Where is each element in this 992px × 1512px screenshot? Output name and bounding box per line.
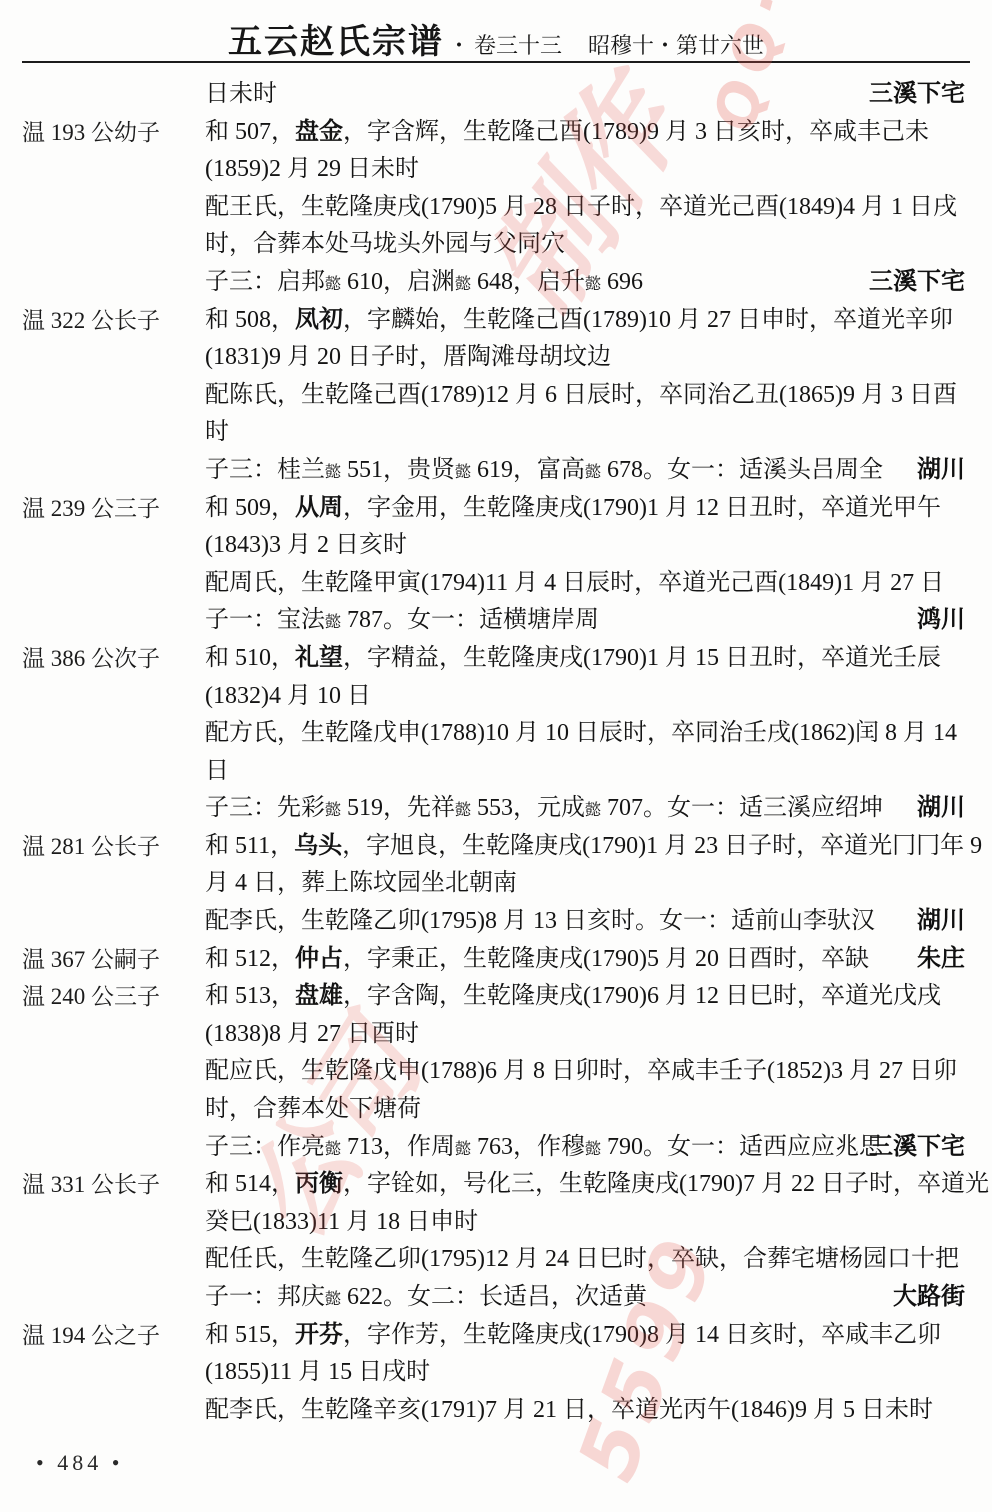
- entry-text: 配方氏，生乾隆戊申(1788)10 月 10 日辰时，卒同治壬戌(1862)闰 …: [205, 720, 957, 746]
- genealogy-line: 温 322 公长子和 508，凤初，字麟始，生乾隆己酉(1789)10 月 27…: [22, 302, 965, 340]
- father-ref-label: 温 193 公幼子: [22, 114, 160, 152]
- residence-label: 朱庄: [917, 941, 965, 979]
- genealogy-line: (1838)8 月 27 日酉时: [22, 1016, 965, 1054]
- father-ref-label: 温 367 公嗣子: [22, 941, 160, 979]
- genealogy-line: 配王氏，生乾隆庚戌(1790)5 月 28 日子时，卒道光己酉(1849)4 月…: [22, 189, 965, 227]
- entry-text: 子三：启邦懿 610，启渊懿 648，启升懿 696: [205, 269, 643, 295]
- residence-label: 三溪下宅: [869, 76, 965, 114]
- volume-title: 卷三十三: [474, 33, 562, 58]
- father-ref-label: 温 331 公长子: [22, 1166, 160, 1204]
- entry-text: 子三：桂兰懿 551，贵贤懿 619，富高懿 678。女一：适溪头吕周全: [205, 457, 883, 483]
- father-ref-label: 温 194 公之子: [22, 1317, 160, 1355]
- entry-text: 配应氏，生乾隆戊申(1788)6 月 8 日卯时，卒咸丰壬子(1852)3 月 …: [205, 1058, 957, 1084]
- genealogy-line: 配任氏，生乾隆乙卯(1795)12 月 24 日巳时，卒缺，合葬宅塘杨园口十把: [22, 1241, 965, 1279]
- genealogy-line: 子一：宝法懿 787。女一：适横塘岸周鸿川: [22, 602, 965, 640]
- father-ref-label: 温 322 公长子: [22, 302, 160, 340]
- entry-text: 配王氏，生乾隆庚戌(1790)5 月 28 日子时，卒道光己酉(1849)4 月…: [205, 194, 957, 220]
- entry-text: 时，合葬本处下塘荷: [205, 1096, 421, 1122]
- entry-text: 子一：宝法懿 787。女一：适横塘岸周: [205, 607, 599, 633]
- entry-text: 配李氏，生乾隆乙卯(1795)8 月 13 日亥时。女一：适前山李驮汉: [205, 908, 875, 934]
- entry-text: 癸巳(1833)11 月 18 日申时: [205, 1209, 478, 1235]
- residence-label: 大路街: [893, 1279, 965, 1317]
- genealogy-line: 温 193 公幼子和 507，盘金，字含辉，生乾隆己酉(1789)9 月 3 日…: [22, 114, 965, 152]
- genealogy-line: 癸巳(1833)11 月 18 日申时: [22, 1204, 965, 1242]
- book-title: 五云赵氏宗谱: [228, 24, 444, 61]
- genealogy-line: 子三：启邦懿 610，启渊懿 648，启升懿 696三溪下宅: [22, 264, 965, 302]
- genealogy-line: 日未时三溪下宅: [22, 76, 965, 114]
- entry-text: 时，合葬本处马垅头外园与父同穴: [205, 231, 565, 257]
- entry-text: 配周氏，生乾隆甲寅(1794)11 月 4 日辰时，卒道光己酉(1849)1 月…: [205, 570, 944, 596]
- entry-text: 和 515，开芬，字作芳，生乾隆庚戌(1790)8 月 14 日亥时，卒咸丰乙卯: [205, 1322, 941, 1348]
- genealogy-line: (1859)2 月 29 日未时: [22, 151, 965, 189]
- entry-text: 时: [205, 419, 229, 445]
- entry-text: 配任氏，生乾隆乙卯(1795)12 月 24 日巳时，卒缺，合葬宅塘杨园口十把: [205, 1246, 959, 1272]
- genealogy-line: 配陈氏，生乾隆己酉(1789)12 月 6 日辰时，卒同治乙丑(1865)9 月…: [22, 377, 965, 415]
- genealogy-line: 温 194 公之子和 515，开芬，字作芳，生乾隆庚戌(1790)8 月 14 …: [22, 1317, 965, 1355]
- entry-text: 和 514，丙衡，字铨如，号化三，生乾隆庚戌(1790)7 月 22 日子时，卒…: [205, 1171, 989, 1197]
- genealogy-line: 温 386 公次子和 510，礼望，字精益，生乾隆庚戌(1790)1 月 15 …: [22, 640, 965, 678]
- genealogy-line: 时，合葬本处马垅头外园与父同穴: [22, 226, 965, 264]
- entry-text: (1832)4 月 10 日: [205, 683, 371, 709]
- entry-text: 子一：邦庆懿 622。女二：长适吕，次适黄: [205, 1284, 647, 1310]
- entry-text: 和 507，盘金，字含辉，生乾隆己酉(1789)9 月 3 日亥时，卒咸丰己未: [205, 119, 929, 145]
- genealogy-line: 子三：作亮懿 713，作周懿 763，作穆懿 790。女一：适西应应兆思三溪下宅: [22, 1129, 965, 1167]
- section-title: 昭穆十・第廿六世: [588, 33, 764, 58]
- genealogy-line: 时: [22, 414, 965, 452]
- page-header: 五云赵氏宗谱・卷三十三昭穆十・第廿六世: [0, 14, 992, 63]
- page-number: • 484 •: [36, 1450, 123, 1476]
- entry-text: 配陈氏，生乾隆己酉(1789)12 月 6 日辰时，卒同治乙丑(1865)9 月…: [205, 382, 957, 408]
- genealogy-line: 温 239 公三子和 509，从周，字金用，生乾隆庚戌(1790)1 月 12 …: [22, 490, 965, 528]
- entry-text: (1859)2 月 29 日未时: [205, 156, 419, 182]
- entry-text: 和 509，从周，字金用，生乾隆庚戌(1790)1 月 12 日丑时，卒道光甲午: [205, 495, 941, 521]
- genealogy-line: (1855)11 月 15 日戌时: [22, 1354, 965, 1392]
- entry-text: 配李氏，生乾隆辛亥(1791)7 月 21 日，卒道光丙午(1846)9 月 5…: [205, 1397, 933, 1423]
- father-ref-label: 温 281 公长子: [22, 828, 160, 866]
- header-divider: [22, 61, 970, 63]
- genealogy-line: 时，合葬本处下塘荷: [22, 1091, 965, 1129]
- entry-text: (1831)9 月 20 日子时，厝陶滩母胡坟边: [205, 344, 611, 370]
- genealogy-line: 日: [22, 753, 965, 791]
- genealogy-line: 子三：先彩懿 519，先祥懿 553，元成懿 707。女一：适三溪应绍坤湖川: [22, 790, 965, 828]
- father-ref-label: 温 386 公次子: [22, 640, 160, 678]
- entry-text: 和 511，乌头，字旭良，生乾隆庚戌(1790)1 月 23 日子时，卒道光冂冂…: [205, 833, 982, 859]
- entry-text: 日: [205, 758, 229, 784]
- genealogy-line: 温 331 公长子和 514，丙衡，字铨如，号化三，生乾隆庚戌(1790)7 月…: [22, 1166, 965, 1204]
- entry-text: 子三：作亮懿 713，作周懿 763，作穆懿 790。女一：适西应应兆思: [205, 1134, 883, 1160]
- genealogy-line: 配李氏，生乾隆辛亥(1791)7 月 21 日，卒道光丙午(1846)9 月 5…: [22, 1392, 965, 1430]
- genealogy-line: 子三：桂兰懿 551，贵贤懿 619，富高懿 678。女一：适溪头吕周全湖川: [22, 452, 965, 490]
- residence-label: 湖川: [917, 790, 965, 828]
- entry-text: (1843)3 月 2 日亥时: [205, 532, 407, 558]
- genealogy-line: 配应氏，生乾隆戊申(1788)6 月 8 日卯时，卒咸丰壬子(1852)3 月 …: [22, 1053, 965, 1091]
- residence-label: 三溪下宅: [869, 264, 965, 302]
- genealogy-entries: 日未时三溪下宅温 193 公幼子和 507，盘金，字含辉，生乾隆己酉(1789)…: [22, 76, 965, 1429]
- genealogy-line: 温 281 公长子和 511，乌头，字旭良，生乾隆庚戌(1790)1 月 23 …: [22, 828, 965, 866]
- entry-text: 和 512，仲占，字秉正，生乾隆庚戌(1790)5 月 20 日酉时，卒缺: [205, 946, 869, 972]
- genealogy-line: (1843)3 月 2 日亥时: [22, 527, 965, 565]
- residence-label: 湖川: [917, 452, 965, 490]
- entry-text: 子三：先彩懿 519，先祥懿 553，元成懿 707。女一：适三溪应绍坤: [205, 795, 883, 821]
- genealogy-line: 配周氏，生乾隆甲寅(1794)11 月 4 日辰时，卒道光己酉(1849)1 月…: [22, 565, 965, 603]
- entry-text: (1855)11 月 15 日戌时: [205, 1359, 430, 1385]
- residence-label: 三溪下宅: [869, 1129, 965, 1167]
- page-number-label: • 484 •: [36, 1450, 123, 1475]
- entry-text: 和 508，凤初，字麟始，生乾隆己酉(1789)10 月 27 日申时，卒道光辛…: [205, 307, 953, 333]
- genealogy-line: 温 367 公嗣子和 512，仲占，字秉正，生乾隆庚戌(1790)5 月 20 …: [22, 941, 965, 979]
- residence-label: 湖川: [917, 903, 965, 941]
- title-separator-dot: ・: [444, 33, 474, 58]
- genealogy-line: 月 4 日，葬上陈坟园坐北朝南: [22, 865, 965, 903]
- genealogy-line: 子一：邦庆懿 622。女二：长适吕，次适黄大路街: [22, 1279, 965, 1317]
- entry-text: 和 513，盘雄，字含陶，生乾隆庚戌(1790)6 月 12 日巳时，卒道光戊戌: [205, 983, 941, 1009]
- genealogy-line: (1831)9 月 20 日子时，厝陶滩母胡坟边: [22, 339, 965, 377]
- entry-text: 和 510，礼望，字精益，生乾隆庚戌(1790)1 月 15 日丑时，卒道光壬辰: [205, 645, 941, 671]
- father-ref-label: 温 239 公三子: [22, 490, 160, 528]
- entry-text: 月 4 日，葬上陈坟园坐北朝南: [205, 870, 517, 896]
- genealogy-line: (1832)4 月 10 日: [22, 678, 965, 716]
- father-ref-label: 温 240 公三子: [22, 978, 160, 1016]
- genealogy-line: 配李氏，生乾隆乙卯(1795)8 月 13 日亥时。女一：适前山李驮汉湖川: [22, 903, 965, 941]
- genealogy-page: 五云赵氏宗谱・卷三十三昭穆十・第廿六世 日未时三溪下宅温 193 公幼子和 50…: [0, 0, 992, 1512]
- genealogy-line: 配方氏，生乾隆戊申(1788)10 月 10 日辰时，卒同治壬戌(1862)闰 …: [22, 715, 965, 753]
- entry-text: (1838)8 月 27 日酉时: [205, 1021, 419, 1047]
- residence-label: 鸿川: [917, 602, 965, 640]
- genealogy-line: 温 240 公三子和 513，盘雄，字含陶，生乾隆庚戌(1790)6 月 12 …: [22, 978, 965, 1016]
- entry-text: 日未时: [205, 81, 277, 107]
